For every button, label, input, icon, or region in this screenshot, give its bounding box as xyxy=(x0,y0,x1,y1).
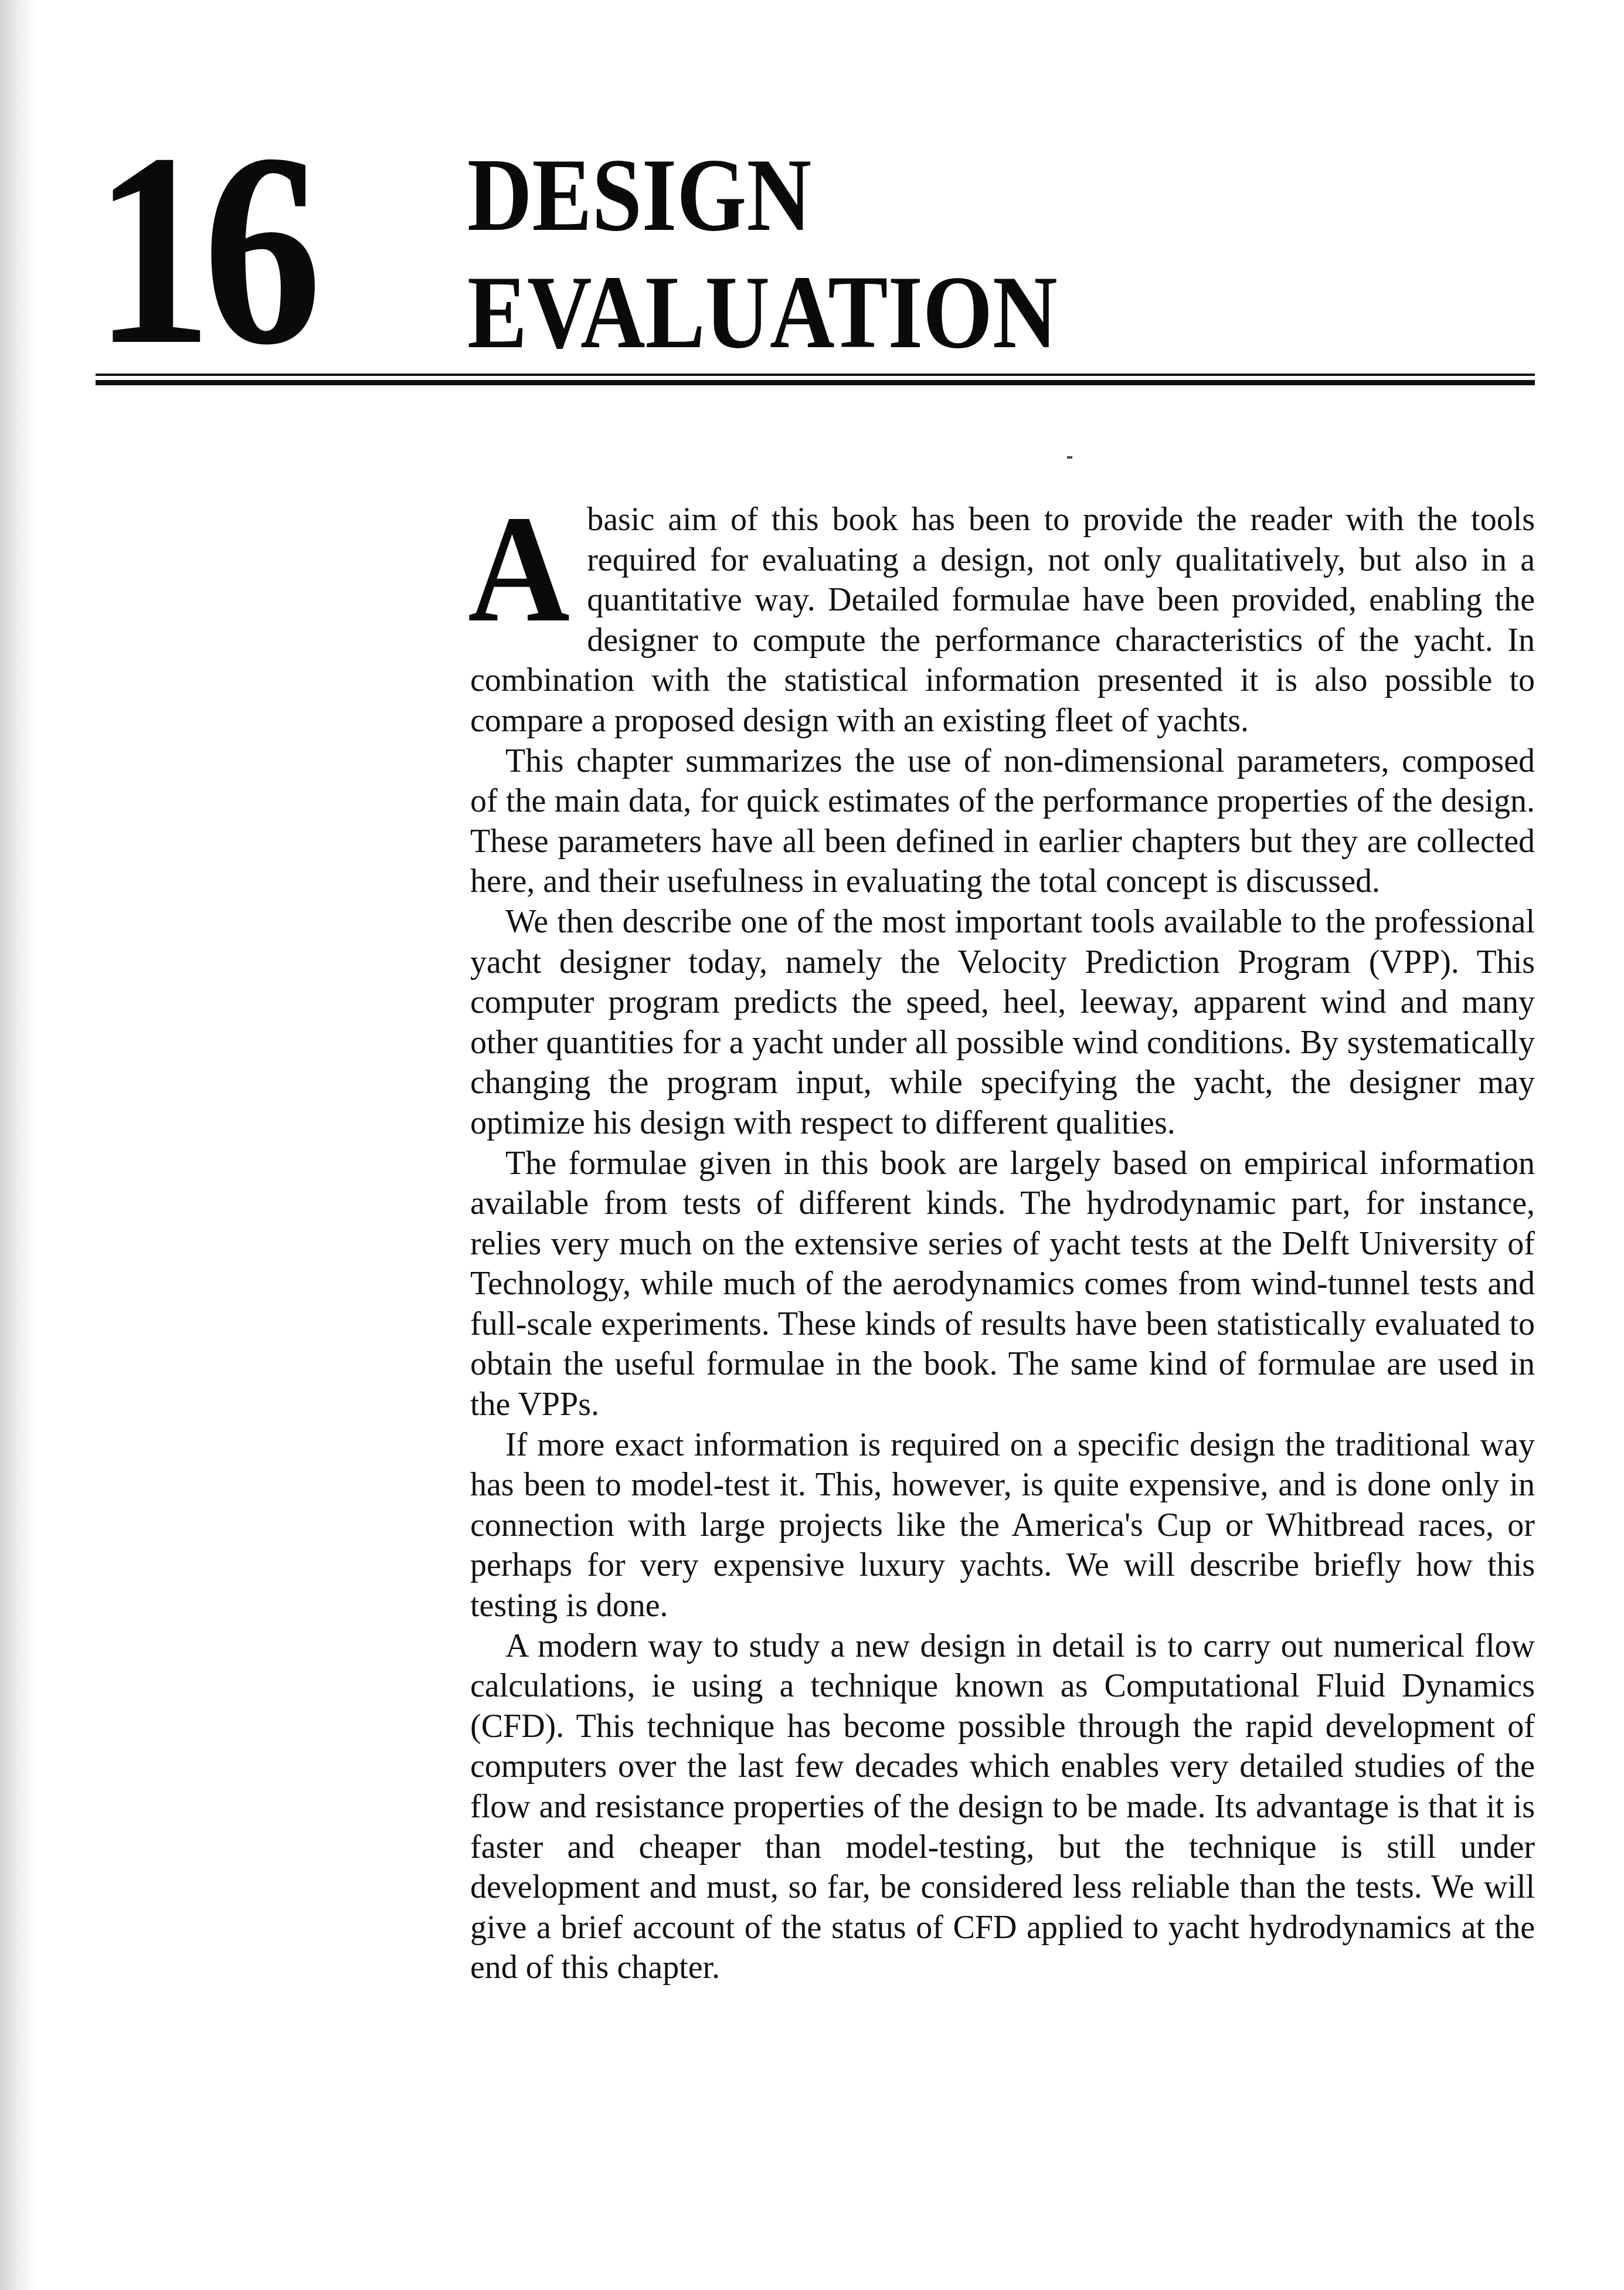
page-gutter-shadow xyxy=(0,0,35,2290)
paragraph-cfd: A modern way to study a new design in de… xyxy=(470,1626,1535,1988)
paragraph-intro: A basic aim of this book has been to pro… xyxy=(470,500,1535,741)
drop-cap: A xyxy=(468,510,570,627)
paragraph-model-testing: If more exact information is required on… xyxy=(470,1425,1535,1626)
paragraph-intro-text: basic aim of this book has been to provi… xyxy=(470,501,1535,739)
print-mark xyxy=(1067,456,1072,459)
chapter-title-line-1: DESIGN xyxy=(467,136,1058,253)
chapter-number: 16 xyxy=(94,111,312,387)
paragraph-formulae: The formulae given in this book are larg… xyxy=(470,1144,1535,1425)
header-rule-thick xyxy=(96,380,1535,385)
chapter-body: A basic aim of this book has been to pro… xyxy=(470,500,1535,1988)
chapter-title-line-2: EVALUATION xyxy=(467,253,1058,371)
chapter-title: DESIGN EVALUATION xyxy=(467,136,1153,371)
paragraph-vpp: We then describe one of the most importa… xyxy=(470,902,1535,1144)
paragraph-parameters: This chapter summarizes the use of non-d… xyxy=(470,741,1535,902)
header-rule-thin xyxy=(96,374,1535,376)
